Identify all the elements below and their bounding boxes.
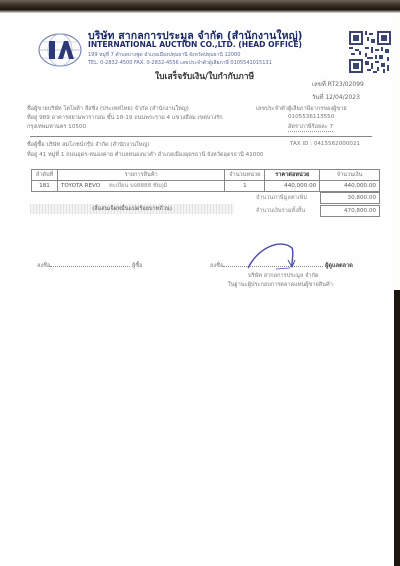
vat-amount: 30,800.00 [320, 192, 380, 204]
amount-in-words: (สี่แสนเจ็ดหมื่นแปดร้อยบาทถ้วน) [30, 204, 234, 214]
buyer-tax-id: TAX ID : 0415562000021 [290, 141, 360, 147]
cell-sequence: 181 [32, 181, 58, 192]
document-number-label: เลขที่ [312, 81, 326, 88]
company-contact: TEL. 0-2832-4500 FAX. 0-2832-4556 เลขประ… [88, 59, 272, 67]
document-date-label: วันที่ [312, 94, 323, 101]
header-item: รายการสินค้า [57, 170, 224, 181]
handwritten-signature-icon [240, 238, 300, 272]
payer-sign-suffix: ผู้ซื้อ [132, 263, 142, 269]
item-detail: ทะเบียน บจ8888 ชัยภูมิ [109, 183, 167, 189]
item-name: TOYOTA REVO [61, 183, 100, 189]
table-row: 181 TOYOTA REVO ทะเบียน บจ8888 ชัยภูมิ 1… [32, 181, 380, 192]
company-logo-icon [37, 32, 83, 68]
company-name-english: INTERNATIONAL AUCTION CO.,LTD. (HEAD OFF… [88, 40, 302, 49]
vat-rate: อัตราภาษีร้อยละ 7 [288, 123, 333, 132]
header-unit-price: ราคาต่อหน่วย [265, 170, 320, 181]
scan-top-border [0, 0, 400, 13]
payer-sign-prefix: ลงชื่อ [37, 263, 50, 269]
items-table: ลำดับที่ รายการสินค้า จำนวนหน่วย ราคาต่อ… [31, 169, 380, 192]
seller-name: ชื่อผู้ขายบริษัท โตโยต้า ลีสซิ่ง (ประเทศ… [27, 105, 189, 113]
receiver-sign-prefix: ลงชื่อ [210, 263, 223, 269]
receiver-company-name: บริษัท สากลการประมูล จำกัด [248, 272, 319, 280]
header-sequence: ลำดับที่ [32, 170, 58, 181]
total-label: จำนวนเงินรวมทั้งสิ้น [256, 207, 305, 215]
seller-address-line2: กรุงเทพมหานคร 10500 [27, 123, 86, 131]
table-header-row: ลำดับที่ รายการสินค้า จำนวนหน่วย ราคาต่อ… [32, 170, 380, 181]
header-quantity: จำนวนหน่วย [225, 170, 265, 181]
qr-code-icon [349, 30, 391, 74]
cell-amount: 440,000.00 [320, 181, 380, 192]
scan-right-border [394, 290, 400, 566]
receiver-note: ในฐานะผู้ประกอบการตลาดแทนผู้ขายสินค้า [228, 281, 333, 289]
seller-tax-id: 0105536113550 [288, 114, 334, 120]
document-date-value: 12/04/2023 [325, 94, 360, 101]
payer-signature-line: ลงชื่อ ผู้ซื้อ [37, 262, 143, 270]
vat-label: จำนวนภาษีมูลค่าเพิ่ม [256, 194, 307, 202]
company-address: 199 หมู่ที่ 7 ตำบลบางพูด อำเภอเมืองปทุมธ… [88, 51, 240, 59]
cell-unit-price: 440,000.00 [265, 181, 320, 192]
cell-quantity: 1 [225, 181, 265, 192]
header-amount: จำนวนเงิน [320, 170, 380, 181]
receiver-sign-suffix: ผู้ดูแลตลาด [325, 263, 353, 269]
buyer-address: ที่อยู่ 41 หมู่ที่ 1 ถนนอุดร-หนองคาย ตำบ… [27, 151, 263, 159]
document-date: วันที่ 12/04/2023 [312, 92, 360, 102]
total-amount: 470,800.00 [320, 205, 380, 217]
cell-item: TOYOTA REVO ทะเบียน บจ8888 ชัยภูมิ [57, 181, 224, 192]
document-title: ใบเสร็จรับเงิน/ใบกำกับภาษี [155, 69, 254, 83]
buyer-name: ชื่อผู้ซื้อ บริษัท สมโภชน์กรุ๊ป จำกัด (ส… [27, 141, 149, 149]
document-number: เลขที่ RT23/02099 [312, 79, 364, 89]
seller-tax-label: เลขประจำตัวผู้เสียภาษีอากรของผู้ขาย [256, 105, 347, 113]
section-divider [30, 136, 372, 137]
document-number-value: RT23/02099 [328, 81, 364, 88]
seller-address-line1: ที่อยู่ 989 อาคารสยามพารากอน ชั้น 18-19 … [27, 114, 223, 122]
